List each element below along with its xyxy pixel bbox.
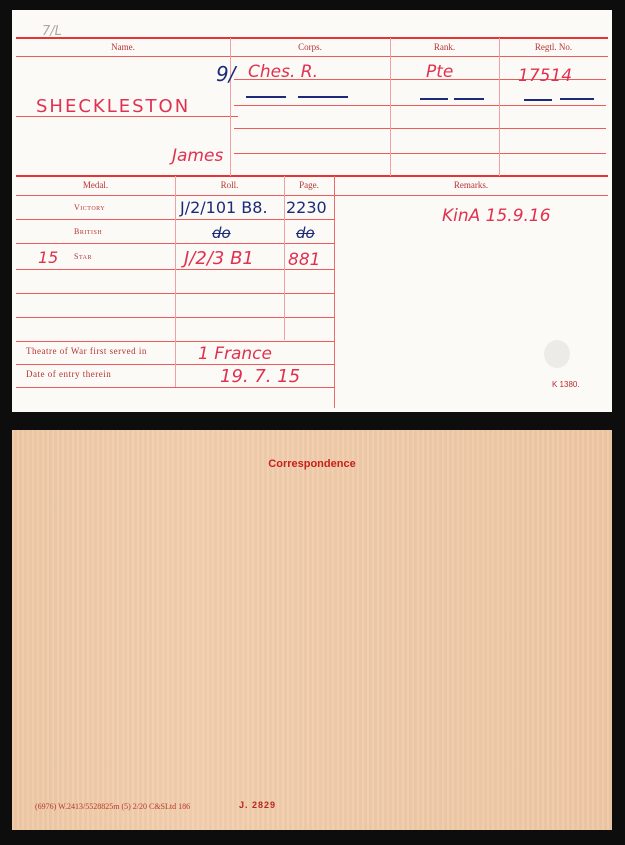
- battalion: 9/: [216, 62, 235, 86]
- column-divider: [284, 176, 285, 340]
- regtl-no-value: 17514: [518, 66, 572, 86]
- header-rank: Rank.: [390, 42, 499, 52]
- header-roll: Roll.: [175, 180, 284, 190]
- theatre-label: Theatre of War first served in: [26, 346, 147, 356]
- forename: James: [172, 146, 223, 166]
- header-name: Name.: [16, 42, 230, 52]
- rule: [234, 128, 606, 129]
- header-remarks: Remarks.: [334, 180, 608, 190]
- remarks-value: KinA 15.9.16: [442, 206, 551, 226]
- printer-imprint: (6976) W.2413/5528825m (5) 2/20 C&SLtd 1…: [35, 802, 190, 811]
- ditto-dash: [298, 96, 348, 98]
- medal-card-front: 7/L Name. Corps. Rank. Regtl. No. SHECKL…: [12, 10, 612, 412]
- ditto-dash: [420, 98, 448, 100]
- medal-star-label: Star: [74, 252, 92, 261]
- medal-british-label: British: [74, 227, 102, 236]
- header-corps: Corps.: [230, 42, 390, 52]
- column-divider: [230, 38, 231, 176]
- victory-page: 2230: [286, 198, 327, 217]
- ditto-dash: [454, 98, 484, 100]
- rule: [16, 37, 608, 39]
- corps-value: Ches. R.: [248, 62, 318, 82]
- ditto-dash: [246, 96, 286, 98]
- job-number: J. 2829: [239, 800, 276, 810]
- british-page-ditto: do: [296, 224, 315, 242]
- star-page: 881: [288, 250, 320, 270]
- rule: [16, 175, 608, 177]
- ditto-dash: [560, 98, 594, 100]
- rule: [16, 387, 334, 388]
- column-divider: [175, 176, 176, 387]
- rank-value: Pte: [426, 62, 453, 82]
- header-regtl-no: Regtl. No.: [499, 42, 608, 52]
- star-year-prefix: 15: [38, 248, 58, 267]
- theatre-value: 1 France: [198, 344, 272, 364]
- british-roll-ditto: do: [212, 224, 231, 242]
- victory-roll: J/2/101 B8.: [180, 198, 268, 217]
- star-roll: J/2/3 B1: [184, 248, 254, 269]
- header-page: Page.: [284, 180, 334, 190]
- correspondence-title: Correspondence: [12, 458, 612, 470]
- surname: SHECKLESTON: [36, 96, 190, 117]
- rule: [16, 195, 608, 196]
- entry-date-label: Date of entry therein: [26, 369, 111, 379]
- column-divider: [334, 176, 335, 408]
- form-number: K 1380.: [552, 380, 580, 389]
- medal-victory-label: Victory: [74, 203, 105, 212]
- ditto-dash: [524, 99, 552, 101]
- paper-smudge: [544, 340, 570, 368]
- medal-card-back: Correspondence (6976) W.2413/5528825m (5…: [12, 430, 612, 830]
- column-divider: [499, 38, 500, 176]
- entry-date-value: 19. 7. 15: [220, 366, 300, 387]
- column-divider: [390, 38, 391, 176]
- rule: [234, 153, 606, 154]
- header-medal: Medal.: [16, 180, 175, 190]
- rule: [234, 105, 606, 106]
- rule: [16, 56, 608, 57]
